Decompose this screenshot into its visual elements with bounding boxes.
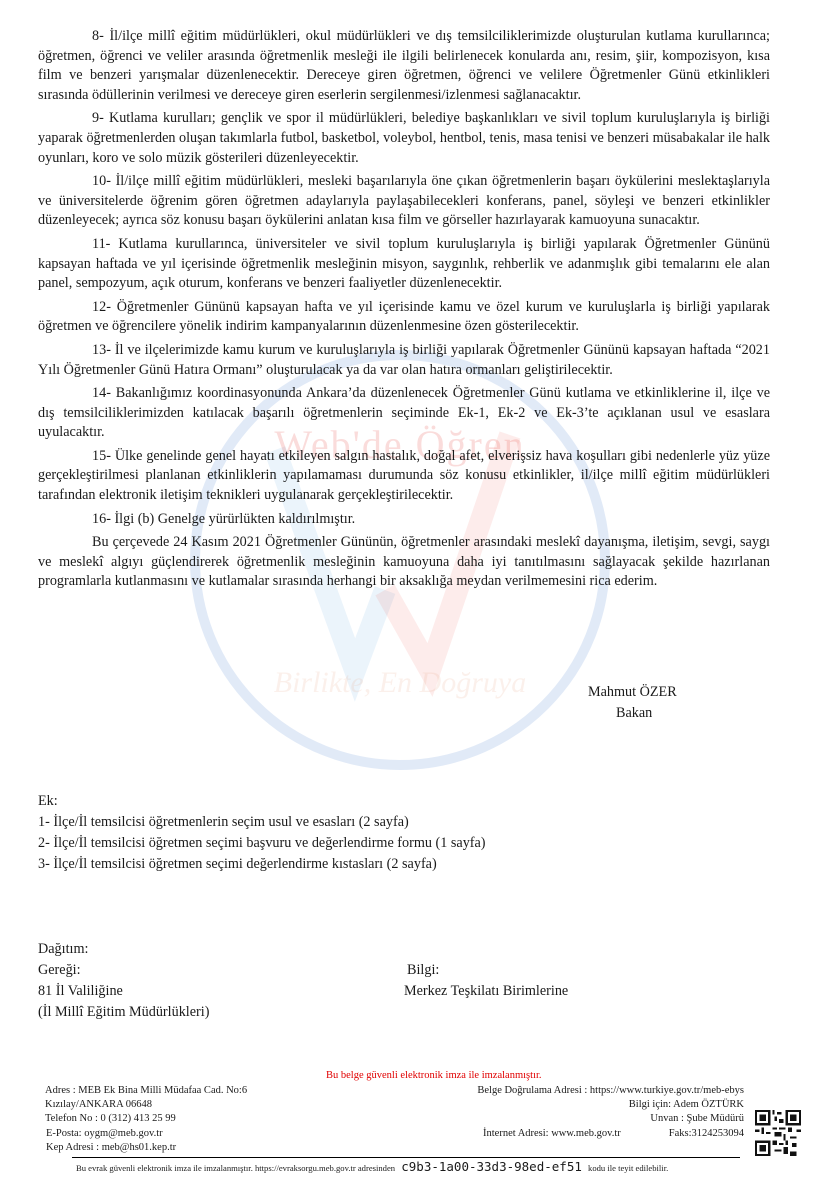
closing-paragraph: Bu çerçevede 24 Kasım 2021 Öğretmenler G… xyxy=(38,533,770,592)
info-recipient: Merkez Teşkilatı Birimlerine xyxy=(404,981,568,1002)
info-label: Bilgi: xyxy=(407,960,568,981)
distribution-block: Dağıtım: Gereği: 81 İl Valiliğine (İl Mi… xyxy=(38,939,638,1023)
contact-position: Unvan : Şube Müdürü xyxy=(304,1112,744,1126)
verify-code: c9b3-1a00-33d3-98ed-ef51 xyxy=(397,1159,586,1174)
verify-address-link[interactable]: Belge Doğrulama Adresi : https://www.tur… xyxy=(304,1084,744,1098)
signatory-name: Mahmut ÖZER xyxy=(588,682,677,703)
address-line: Kızılay/ANKARA 06648 xyxy=(45,1098,247,1112)
watermark-slogan: Birlikte, En Doğruya xyxy=(274,666,526,699)
paragraph-14: 14- Bakanlığımız koordinasyonunda Ankara… xyxy=(38,384,770,443)
attachment-item: 1- İlçe/İl temsilcisi öğretmenlerin seçi… xyxy=(38,812,486,833)
verify-prefix: Bu evrak güvenli elektronik imza ile imz… xyxy=(76,1163,395,1173)
esign-note: Bu belge güvenli elektronik imza ile imz… xyxy=(326,1070,542,1081)
document-body: 8- İl/ilçe millî eğitim müdürlükleri, ok… xyxy=(38,27,770,596)
paragraph-8: 8- İl/ilçe millî eğitim müdürlükleri, ok… xyxy=(38,27,770,105)
kep-line: Kep Adresi : meb@hs01.kep.tr xyxy=(45,1141,247,1155)
internet-address-link[interactable]: İnternet Adresi: www.meb.gov.tr xyxy=(483,1127,621,1141)
info-column: Bilgi: Merkez Teşkilatı Birimlerine xyxy=(404,960,568,1002)
distribution-heading: Dağıtım: xyxy=(38,939,638,960)
fax-number: Faks:3124253094 xyxy=(669,1127,744,1141)
paragraph-11: 11- Kutlama kurullarınca, üniversiteler … xyxy=(38,235,770,294)
verify-suffix: kodu ile teyit edilebilir. xyxy=(588,1163,668,1173)
footer-divider xyxy=(72,1157,740,1158)
paragraph-9: 9- Kutlama kurulları; gençlik ve spor il… xyxy=(38,109,770,168)
paragraph-15: 15- Ülke genelinde genel hayatı etkileye… xyxy=(38,447,770,506)
footer-contact: Belge Doğrulama Adresi : https://www.tur… xyxy=(304,1084,744,1141)
attachments-heading: Ek: xyxy=(38,791,486,812)
qr-code-icon xyxy=(755,1110,801,1156)
signature-block: Mahmut ÖZER Bakan xyxy=(588,682,677,724)
verification-line: Bu evrak güvenli elektronik imza ile imz… xyxy=(76,1159,668,1174)
paragraph-10: 10- İl/ilçe millî eğitim müdürlükleri, m… xyxy=(38,172,770,231)
signatory-title: Bakan xyxy=(588,703,677,724)
paragraph-16: 16- İlgi (b) Genelge yürürlükten kaldırı… xyxy=(38,510,770,530)
phone-line: Telefon No : 0 (312) 413 25 99 xyxy=(45,1112,247,1126)
paragraph-13: 13- İl ve ilçelerimizde kamu kurum ve ku… xyxy=(38,341,770,380)
attachment-item: 2- İlçe/İl temsilcisi öğretmen seçimi ba… xyxy=(38,833,486,854)
address-line: Adres : MEB Ek Bina Milli Müdafaa Cad. N… xyxy=(45,1084,247,1098)
email-line: E-Posta: oygm@meb.gov.tr xyxy=(45,1127,247,1141)
contact-person: Bilgi için: Adem ÖZTÜRK xyxy=(304,1098,744,1112)
attachment-item: 3- İlçe/İl temsilcisi öğretmen seçimi de… xyxy=(38,854,486,875)
footer-address: Adres : MEB Ek Bina Milli Müdafaa Cad. N… xyxy=(45,1084,247,1155)
attachments-list: Ek: 1- İlçe/İl temsilcisi öğretmenlerin … xyxy=(38,791,486,875)
action-recipient-note: (İl Millî Eğitim Müdürlükleri) xyxy=(38,1002,638,1023)
paragraph-12: 12- Öğretmenler Gününü kapsayan hafta ve… xyxy=(38,298,770,337)
